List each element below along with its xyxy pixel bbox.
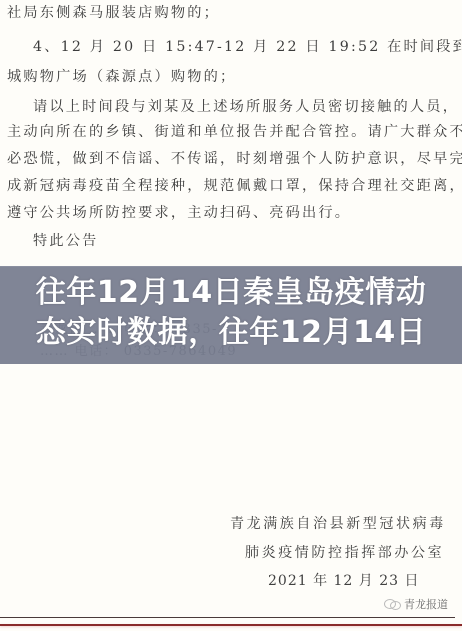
paragraph-line-1: 社局东侧森马服装店购物的； xyxy=(7,4,220,22)
signature-date: 2021 年 12 月 23 日 xyxy=(268,570,420,590)
paragraph-line-2: 4、12 月 20 日 15:47-12 月 22 日 19:52 在时间段到本… xyxy=(33,38,462,56)
paragraph-line-4: 请以上时间段与刘某及上述场所服务人员密切接触的人员， xyxy=(33,98,459,116)
paragraph-line-6: 必恐慌，做到不信谣、不传谣，时刻增强个人防护意识，尽早完 xyxy=(7,150,462,168)
paragraph-line-3: 城购物广场（森源点）购物的； xyxy=(7,68,236,86)
signature-org-line-1: 青龙满族自治县新型冠状病毒 xyxy=(230,513,446,533)
wechat-icon xyxy=(384,599,400,609)
divider-thin xyxy=(0,617,455,618)
watermark-label: 青龙报道 xyxy=(404,596,448,612)
paragraph-line-7: 成新冠病毒疫苗全程接种，规范佩戴口罩，保持合理社交距离， xyxy=(7,177,462,195)
headline-banner: 往年12月14日秦皇岛疫情动 态实时数据，往年12月14日 xyxy=(0,266,462,364)
headline-line-1: 往年12月14日秦皇岛疫情动 xyxy=(0,273,462,313)
notice-document: 社局东侧森马服装店购物的； 4、12 月 20 日 15:47-12 月 22 … xyxy=(0,0,462,631)
divider-thick-red xyxy=(0,624,462,626)
closing-line: 特此公告 xyxy=(33,232,99,250)
paragraph-line-5: 主动向所在的乡镇、街道和单位报告并配合管控。请广大群众不 xyxy=(7,123,462,141)
source-watermark: 青龙报道 xyxy=(384,596,448,612)
signature-org-line-2: 肺炎疫情防控指挥部办公室 xyxy=(245,542,444,562)
headline-line-2: 态实时数据，往年12月14日 xyxy=(0,313,462,353)
paragraph-line-8: 遵守公共场所防控要求，主动扫码、亮码出行。 xyxy=(7,204,351,222)
